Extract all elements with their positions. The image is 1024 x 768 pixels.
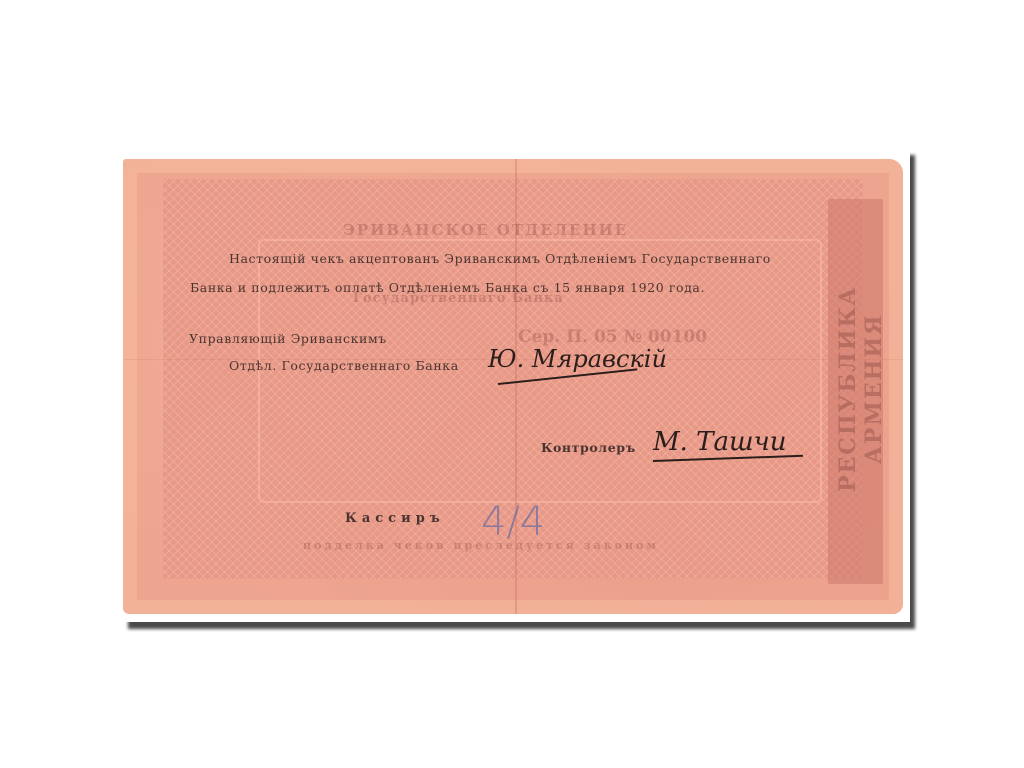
manager-label-1: Управляющій Эриванскимъ: [189, 331, 387, 346]
faded-serial: Сер. П. 05 № 00100: [518, 327, 707, 347]
acceptance-line-2: Банка и подлежитъ оплатѣ Отдѣленіемъ Бан…: [190, 280, 705, 295]
pencil-annotation: 4/4: [481, 499, 545, 545]
side-band-text: РЕСПУБЛИКА АРМЕНИЯ: [835, 209, 875, 569]
bank-check: РЕСПУБЛИКА АРМЕНИЯ ЭРИВАНСКОЕ ОТДЕЛЕНИЕ …: [123, 159, 903, 614]
photo-stage: РЕСПУБЛИКА АРМЕНИЯ ЭРИВАНСКОЕ ОТДЕЛЕНИЕ …: [0, 0, 1024, 768]
cashier-label: Кассиръ: [345, 511, 445, 526]
manager-label-2: Отдѣл. Государственнаго Банка: [229, 358, 459, 373]
controller-signature: М. Ташчи: [653, 427, 787, 457]
faded-header: ЭРИВАНСКОЕ ОТДЕЛЕНИЕ: [343, 221, 628, 239]
acceptance-line-1: Настоящій чекъ акцептованъ Эриванскимъ О…: [229, 251, 771, 266]
manager-signature: Ю. Мяравскій: [488, 345, 667, 373]
controller-label: Контролеръ: [541, 440, 636, 455]
